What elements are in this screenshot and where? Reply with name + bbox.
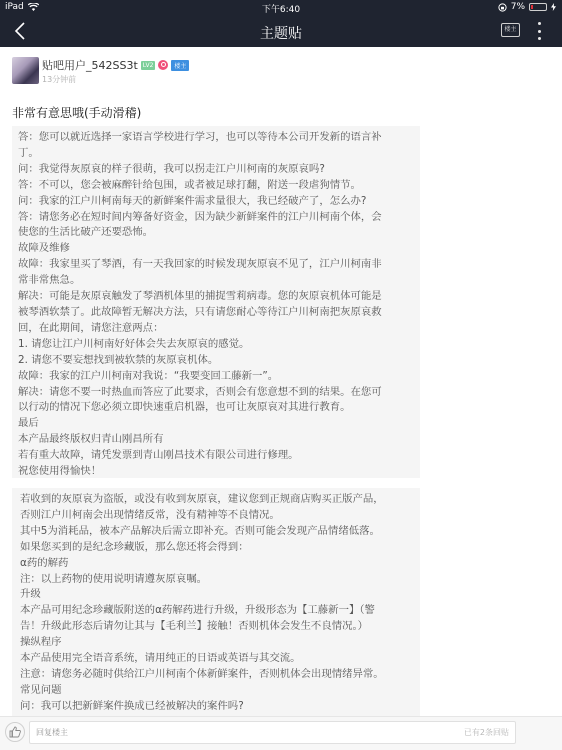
like-button[interactable] [5, 722, 25, 742]
dot-icon [538, 30, 541, 33]
owner-only-button[interactable]: 楼主 [501, 23, 520, 37]
battery-percent: 7% [511, 2, 525, 12]
status-bar: iPad 下午6:40 7% [0, 0, 562, 16]
image-text-line: 最后 [18, 416, 414, 432]
image-text-line: 问：我家的江户川柯南每天的新鲜案件需求量很大，我已经破产了，怎么办? [18, 194, 414, 210]
nav-bar: 主题贴 楼主 [0, 16, 562, 47]
reply-count: 已有2条回贴 [464, 727, 509, 738]
image-text-line: 其中5为消耗品，被本产品解决后需立即补充。否则可能会发现产品情绪低落。 [20, 524, 414, 540]
image-text-line: 操纵程序 [20, 635, 414, 651]
more-options-button[interactable] [535, 22, 543, 40]
image-text-line: 祝您使用得愉快！ [18, 464, 414, 478]
image-text-line: 故障：我家的江户川柯南对我说：“我要变回工藤新一”。 [18, 369, 414, 385]
dot-icon [538, 37, 541, 40]
image-text-line: 若收到的灰原哀为盗版，或没有收到灰原哀，建议您到正规商店购买正版产品， [20, 492, 414, 508]
page-title: 主题贴 [0, 23, 562, 43]
post-image-2[interactable]: 若收到的灰原哀为盗版，或没有收到灰原哀，建议您到正规商店购买正版产品， 否则江户… [12, 488, 420, 716]
image-text-line: 问：我可以把新鲜案件换成已经被解决的案件吗? [20, 699, 414, 715]
image-text-line: 丁。 [18, 146, 414, 162]
reply-placeholder: 回复楼主 [36, 727, 68, 738]
reply-bar: 回复楼主 已有2条回贴 [0, 716, 562, 750]
status-time: 下午6:40 [0, 2, 562, 15]
image-text-line: 回，在此期间，请您注意两点： [18, 321, 414, 337]
image-text-line: 否则江户川柯南会出现情绪反常，没有精神等不良情况。 [20, 508, 414, 524]
image-text-line: 本产品最终版权归青山刚昌所有 [18, 432, 414, 448]
image-text-line: 常见问题 [20, 683, 414, 699]
post-image-1[interactable]: 答：您可以就近选择一家语言学校进行学习，也可以等待本公司开发新的语言补 丁。 问… [12, 126, 420, 478]
image-text-line: 常非常焦急。 [18, 273, 414, 289]
battery-icon [529, 3, 547, 11]
image-text-line: 解决：可能是灰原哀触发了琴酒机体里的捕捉雪莉病毒。您的灰原哀机体可能是 [18, 289, 414, 305]
post-time: 13分钟前 [42, 74, 76, 85]
image-text-line: 告！升级此形态后请勿让其与【毛利兰】接触！否则机体会发生不良情况。） [20, 619, 414, 635]
image-text-line: 答：不可以，您会被麻醉针给包围，或者被足球打翻，附送一段虐狗情节。 [18, 178, 414, 194]
image-text-line: 升级 [20, 587, 414, 603]
username[interactable]: 贴吧用户_542SS3t [42, 57, 138, 73]
image-text-line: 注：以上药物的使用说明请遵灰原哀嘱。 [20, 572, 414, 588]
image-text-line: 本产品可用纪念珍藏版附送的α药解药进行升级，升级形态为【工藤新一】（警 [20, 603, 414, 619]
image-text-line: 答：您可以就近选择一家语言学校进行学习，也可以等待本公司开发新的语言补 [18, 130, 414, 146]
avatar[interactable] [12, 57, 39, 84]
owner-badge: 楼主 [171, 60, 189, 71]
image-text-line: 以行动的情况下您必须立即快速重启机器，也可让灰原哀对其进行教育。 [18, 400, 414, 416]
female-gender-icon [158, 60, 168, 70]
dot-icon [538, 22, 541, 25]
reply-input[interactable]: 回复楼主 已有2条回贴 [29, 721, 516, 744]
image-text-line: 解决：请您不要一时热血而答应了此要求，否则会有您意想不到的结果。在您可 [18, 385, 414, 401]
orientation-lock-icon [498, 3, 507, 12]
charging-icon [551, 3, 556, 11]
image-text-line: 注意：请您务必随时供给江户川柯南个体新鲜案件，否则机体会出现情绪异常。 [20, 667, 414, 683]
author-row: 贴吧用户_542SS3t LV2 楼主 [42, 57, 189, 73]
image-text-line: α药的解药 [20, 556, 414, 572]
image-text-line: 1. 请您让江户川柯南好好体会失去灰原哀的感觉。 [18, 337, 414, 353]
post-title: 非常有意思哦(手动滑稽) [12, 104, 141, 121]
image-text-line: 若有重大故障，请凭发票到青山刚昌技术有限公司进行修理。 [18, 448, 414, 464]
thumbs-up-icon [9, 726, 21, 738]
image-text-line: 答：请您务必在短时间内筹备好资金，因为缺少新鲜案件的江户川柯南个体，会 [18, 210, 414, 226]
image-text-line: 如果您买到的是纪念珍藏版，那么您还将会得到： [20, 540, 414, 556]
level-badge: LV2 [141, 61, 156, 70]
image-text-line: 故障：我家里买了琴酒，有一天我回家的时候发现灰原哀不见了，江户川柯南非 [18, 257, 414, 273]
image-text-line: 故障及维修 [18, 241, 414, 257]
image-text-line: 被琴酒软禁了。此故障暂无解决方法，只有请您耐心等待江户川柯南把灰原哀救 [18, 305, 414, 321]
post-author: 贴吧用户_542SS3t LV2 楼主 13分钟前 [12, 57, 552, 87]
image-text-line: 使您的生活比破产还要恐怖。 [18, 225, 414, 241]
status-right: 7% [498, 2, 556, 12]
image-text-line: 2. 请您不要妄想找到被软禁的灰原哀机体。 [18, 353, 414, 369]
image-text-line: 本产品使用完全语音系统，请用纯正的日语或英语与其交流。 [20, 651, 414, 667]
image-text-line: 问：我觉得灰原哀的样子很萌，我可以拐走江户川柯南的灰原哀吗? [18, 162, 414, 178]
